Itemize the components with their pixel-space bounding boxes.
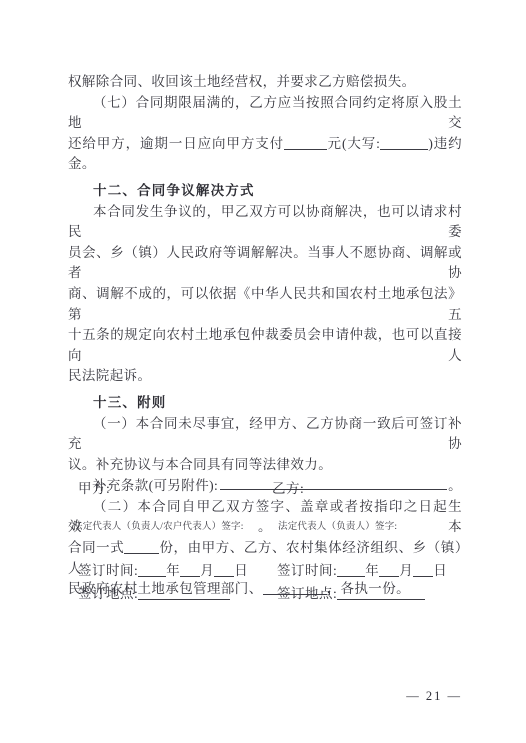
clause7-line2: （七）合同期限届满的，乙方应当按照合同约定将原入股土地交 xyxy=(68,93,462,134)
section12-line5: 民法院起诉。 xyxy=(68,366,462,387)
party-labels-row: 甲方: 乙方: xyxy=(68,479,462,500)
page-number: — 21 — xyxy=(406,689,462,704)
day-char-b: 日 xyxy=(433,563,447,578)
penalty-amount-words-blank xyxy=(380,137,428,150)
section13-item1-line1: （一）本合同未尽事宜，经甲方、乙方协商一致后可签订补充协 xyxy=(68,414,462,455)
section12-heading: 十二、合同争议解决方式 xyxy=(68,181,462,202)
section12-line3: 商、调解不成的，可以依据《中华人民共和国农村土地承包法》第五 xyxy=(68,284,462,325)
sign-year-blank-b xyxy=(337,564,365,577)
sign-day-blank-b xyxy=(413,564,433,577)
party-b-sign-time: 签订时间:年月日 xyxy=(272,561,462,582)
sign-day-blank-a xyxy=(214,564,234,577)
year-char-b: 年 xyxy=(365,563,379,578)
clause7-line3: 还给甲方，逾期一日应向甲方支付元(大写:)违约 xyxy=(68,134,462,155)
party-a-sign-time: 签订时间:年月日 xyxy=(68,561,272,582)
section13-item1-line2: 议。补充协议与本合同具有同等法律效力。 xyxy=(68,455,462,476)
sign-time-label-b: 签订时间: xyxy=(277,563,337,578)
month-char-a: 月 xyxy=(200,563,214,578)
clause7-line4: 金。 xyxy=(68,154,462,175)
party-b-sign-place: 签订地点: xyxy=(272,584,462,605)
section13-heading: 十三、附则 xyxy=(68,393,462,414)
sign-place-blank-a xyxy=(138,587,230,600)
sign-year-blank-a xyxy=(138,564,166,577)
sign-month-blank-a xyxy=(180,564,200,577)
clause7-continuation-line1: 权解除合同、收回该土地经营权，并要求乙方赔偿损失。 xyxy=(68,72,462,93)
clause7-line3-post: )违约 xyxy=(428,136,462,151)
year-char-a: 年 xyxy=(166,563,180,578)
representative-labels-row: 法定代表人（负责人/农户代表人）签字: 法定代表人（负责人）签字: xyxy=(68,521,462,533)
sign-place-label-a: 签订地点: xyxy=(78,586,138,601)
day-char-a: 日 xyxy=(234,563,248,578)
sign-place-blank-b xyxy=(337,587,425,600)
sign-place-label-b: 签订地点: xyxy=(277,586,337,601)
clause7-line3-mid: 元(大写: xyxy=(327,136,380,151)
sign-time-label-a: 签订时间: xyxy=(78,563,138,578)
party-a-label: 甲方: xyxy=(68,479,272,500)
clause7-line3-pre: 还给甲方，逾期一日应向甲方支付 xyxy=(68,136,284,151)
section12-line4: 十五条的规定向农村土地承包仲裁委员会申请仲裁，也可以直接向人 xyxy=(68,325,462,366)
sign-time-row: 签订时间:年月日 签订时间:年月日 xyxy=(68,561,462,582)
section12-line1: 本合同发生争议的，甲乙双方可以协商解决，也可以请求村民委 xyxy=(68,202,462,243)
party-b-label: 乙方: xyxy=(272,479,462,500)
sign-place-row: 签订地点: 签订地点: xyxy=(68,584,462,605)
month-char-b: 月 xyxy=(399,563,413,578)
contract-document-page: 权解除合同、收回该土地经营权，并要求乙方赔偿损失。 （七）合同期限届满的，乙方应… xyxy=(0,0,526,743)
sign-month-blank-b xyxy=(379,564,399,577)
section12-line2: 员会、乡（镇）人民政府等调解解决。当事人不愿协商、调解或者协 xyxy=(68,243,462,284)
party-a-sign-place: 签订地点: xyxy=(68,584,272,605)
party-a-representative-label: 法定代表人（负责人/农户代表人）签字: xyxy=(68,521,272,533)
penalty-amount-blank xyxy=(284,137,327,150)
signature-block: 甲方: 乙方: 法定代表人（负责人/农户代表人）签字: 法定代表人（负责人）签字… xyxy=(68,479,462,605)
party-b-representative-label: 法定代表人（负责人）签字: xyxy=(272,521,462,533)
